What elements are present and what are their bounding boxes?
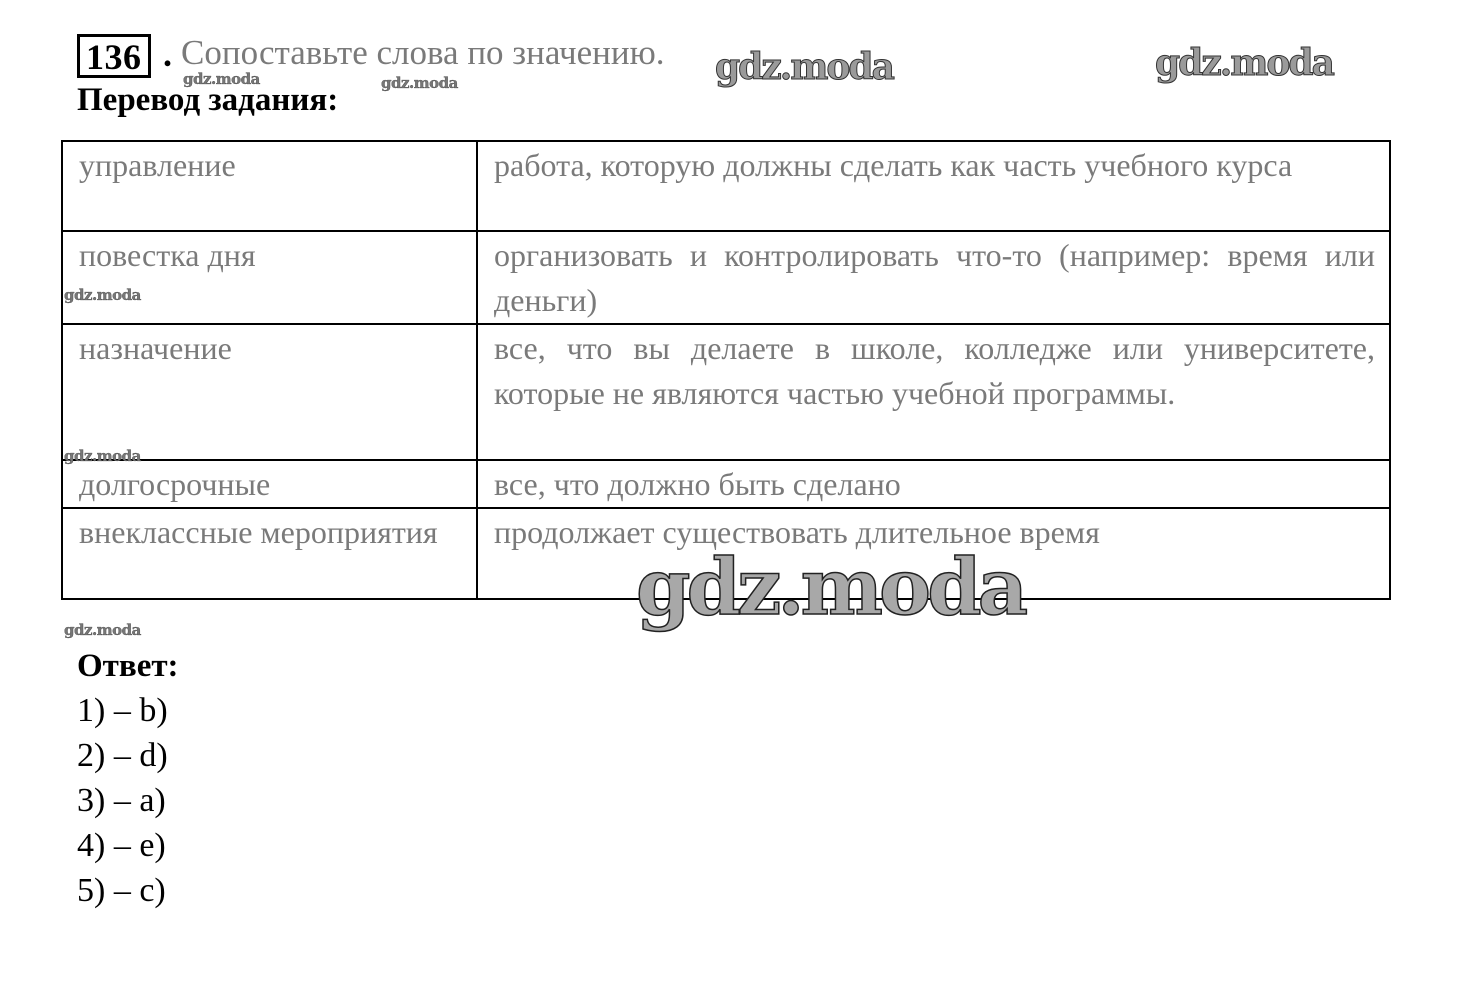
- answer-item: 4) – e): [77, 823, 168, 868]
- watermark: gdz.moda: [64, 286, 141, 304]
- term-cell: назначение: [62, 324, 477, 460]
- table-row: назначение все, что вы делаете в школе, …: [62, 324, 1390, 460]
- table-row: долгосрочные все, что должно быть сделан…: [62, 460, 1390, 508]
- watermark: gdz.moda: [183, 70, 260, 88]
- answer-item: 1) – b): [77, 688, 168, 733]
- definition-cell: все, что должно быть сделано: [477, 460, 1390, 508]
- term-cell: повестка дня: [62, 231, 477, 324]
- watermark: gdz.moda: [715, 46, 893, 88]
- matching-table: управление работа, которую должны сделат…: [61, 140, 1391, 600]
- task-number-suffix: .: [163, 34, 172, 74]
- watermark: gdz.moda: [1155, 42, 1333, 84]
- term-cell: управление: [62, 141, 477, 231]
- table-row: управление работа, которую должны сделат…: [62, 141, 1390, 231]
- watermark: gdz.moda: [64, 621, 141, 639]
- answer-item: 3) – a): [77, 778, 168, 823]
- task-title: Сопоставьте слова по значению.: [181, 33, 665, 73]
- answer-item: 5) – c): [77, 868, 168, 913]
- task-number: 136: [86, 37, 142, 77]
- answer-list: 1) – b) 2) – d) 3) – a) 4) – e) 5) – c): [77, 688, 168, 913]
- watermark: gdz.moda: [381, 74, 458, 92]
- definition-cell: организовать и контролировать что-то (на…: [477, 231, 1390, 324]
- watermark: gdz.moda: [636, 542, 1024, 633]
- answer-heading: Ответ:: [77, 646, 179, 686]
- table-row: повестка дня организовать и контролирова…: [62, 231, 1390, 324]
- term-cell: долгосрочные: [62, 460, 477, 508]
- definition-cell: работа, которую должны сделать как часть…: [477, 141, 1390, 231]
- answer-item: 2) – d): [77, 733, 168, 778]
- definition-cell: все, что вы делаете в школе, колледже ил…: [477, 324, 1390, 460]
- watermark: gdz.moda: [64, 447, 141, 465]
- task-number-box: 136: [77, 34, 151, 78]
- term-cell: внеклассные мероприятия: [62, 508, 477, 599]
